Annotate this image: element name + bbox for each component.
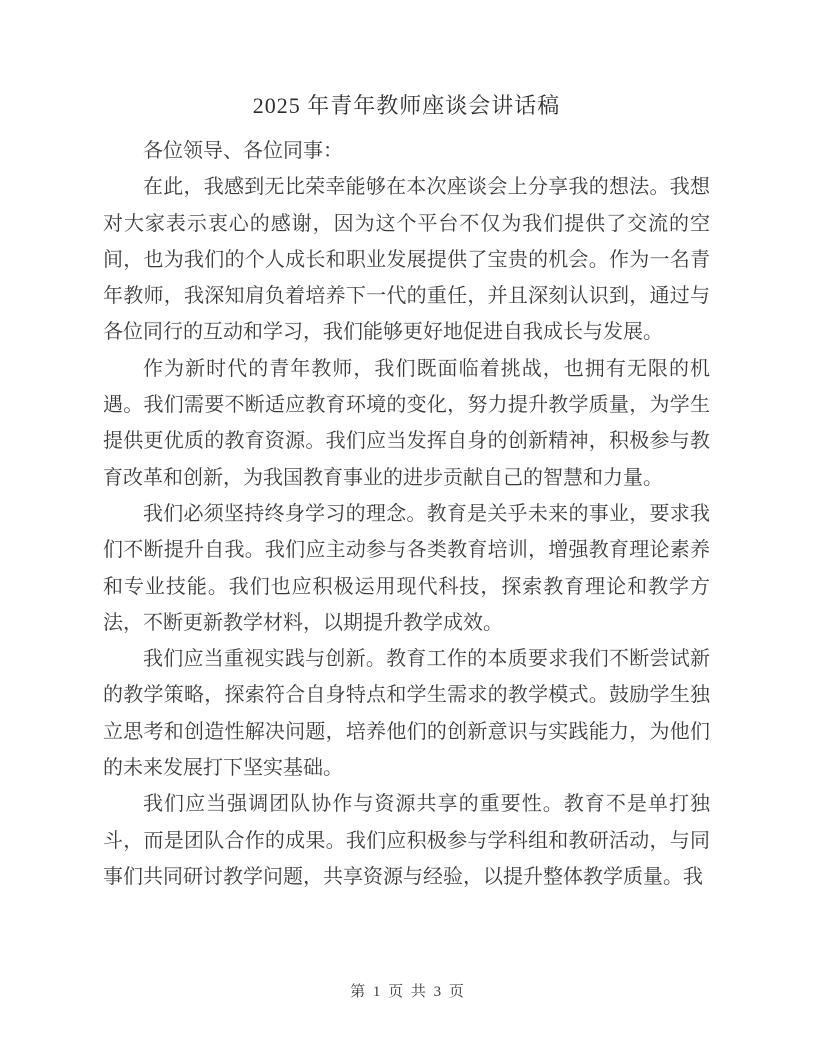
paragraph: 作为新时代的青年教师，我们既面临着挑战，也拥有无限的机遇。我们需要不断适应教育环… [103, 351, 710, 496]
paragraph: 在此，我感到无比荣幸能够在本次座谈会上分享我的想法。我想对大家表示衷心的感谢，因… [103, 169, 710, 350]
document-content: 2025 年青年教师座谈会讲话稿 各位领导、各位同事： 在此，我感到无比荣幸能够… [103, 88, 710, 895]
salutation: 各位领导、各位同事： [103, 133, 710, 169]
document-page: 2025 年青年教师座谈会讲话稿 各位领导、各位同事： 在此，我感到无比荣幸能够… [0, 0, 816, 1056]
paragraph: 我们必须坚持终身学习的理念。教育是关乎未来的事业，要求我们不断提升自我。我们应主… [103, 496, 710, 641]
page-number-footer: 第 1 页 共 3 页 [0, 980, 816, 1001]
paragraph: 我们应当强调团队协作与资源共享的重要性。教育不是单打独斗，而是团队合作的成果。我… [103, 786, 710, 895]
document-title: 2025 年青年教师座谈会讲话稿 [103, 88, 710, 124]
document-body: 各位领导、各位同事： 在此，我感到无比荣幸能够在本次座谈会上分享我的想法。我想对… [103, 133, 710, 895]
paragraph: 我们应当重视实践与创新。教育工作的本质要求我们不断尝试新的教学策略，探索符合自身… [103, 641, 710, 786]
